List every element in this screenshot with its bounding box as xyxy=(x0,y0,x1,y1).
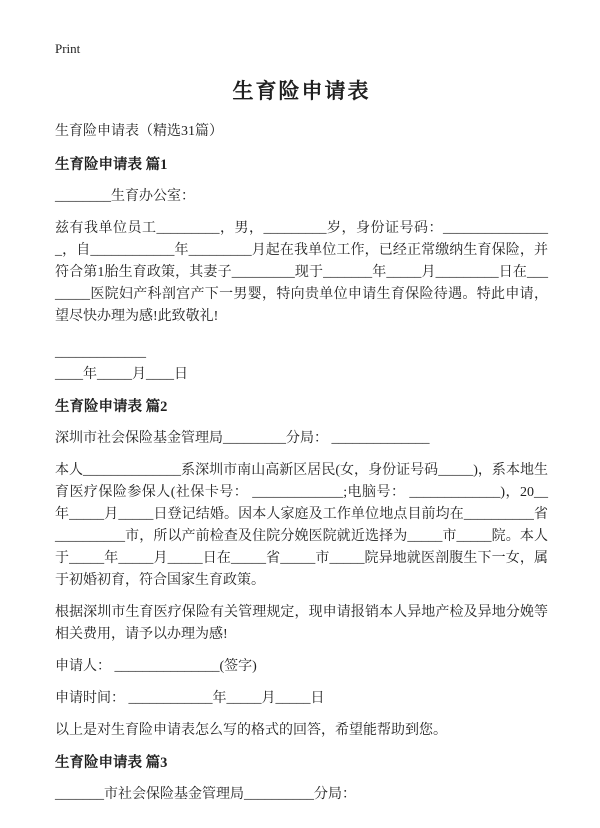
section-1-date-line: ____年_____月____日 xyxy=(55,364,548,386)
section-2-request-paragraph: 根据深圳市生育医疗保险有关管理规定，现申请报销本人异地产检及异地分娩等相关费用，… xyxy=(55,602,548,646)
section-2-body-paragraph: 本人______________系深圳市南山高新区居民(女，身份证号码_____… xyxy=(55,460,548,592)
section-2-applicant-signature-line: 申请人： _______________(签字) xyxy=(55,656,548,678)
section-2-application-date-line: 申请时间： ____________年_____月_____日 xyxy=(55,688,548,710)
section-2-recipient-line: 深圳市社会保险基金管理局_________分局： ______________ xyxy=(55,428,548,450)
section-1-heading: 生育险申请表 篇1 xyxy=(55,154,548,176)
print-link[interactable]: Print xyxy=(55,40,80,58)
section-1-salutation-line: ________生育办公室： xyxy=(55,186,548,208)
page-title: 生育险申请表 xyxy=(55,76,548,106)
section-1-body-paragraph: 兹有我单位员工_________，男，_________岁，身份证号码：____… xyxy=(55,218,548,328)
section-2-heading: 生育险申请表 篇2 xyxy=(55,396,548,418)
section-3-heading: 生育险申请表 篇3 xyxy=(55,752,548,774)
doc-subtitle: 生育险申请表（精选31篇） xyxy=(55,121,548,143)
section-3-recipient-line: _______市社会保险基金管理局__________分局： xyxy=(55,784,548,806)
section-2-closing-note: 以上是对生育险申请表怎么写的格式的回答，希望能帮助到您。 xyxy=(55,720,548,742)
section-1-signature-blank-line: _____________ xyxy=(55,342,548,364)
document-page: Print 生育险申请表 生育险申请表（精选31篇） 生育险申请表 篇1 ___… xyxy=(0,0,600,828)
